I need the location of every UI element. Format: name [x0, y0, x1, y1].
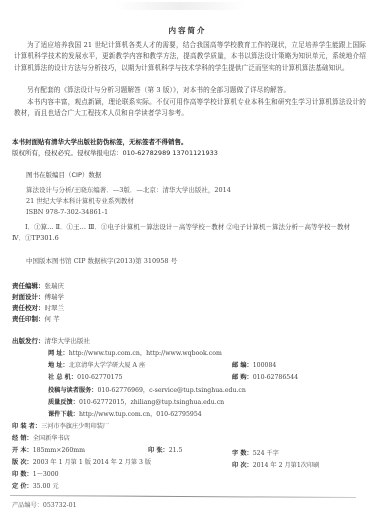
intro-paragraph-2: 另有配套的《算法设计与分析习题解答（第 3 版）》，对本书的全部习题做了详尽的解… [14, 85, 366, 96]
staff-cover-design: 封面设计：傅瑞学 [12, 292, 64, 301]
cip-heading: 图书在版编目（CIP）数据 [26, 170, 101, 181]
mail-order-value: 010-62786544 [253, 374, 298, 381]
staff-printing: 责任印制：何 芊 [12, 314, 60, 323]
faded-header-artifact [115, 2, 245, 10]
publisher-courseware: 课件下载：http://www.tup.com.cn，010-62795954 [48, 409, 202, 418]
cip-classification: Ⅰ．①算… Ⅱ．①王… Ⅲ．①电子计算机－算法设计－高等学校－教材 ②电子计算机… [12, 222, 364, 244]
words-value: 524 千字 [253, 450, 279, 457]
impression-label: 印 次： [232, 462, 253, 469]
publisher-reader-service: 投稿与读者服务：010-62776969，c-service@tup.tsing… [48, 385, 246, 394]
anti-counterfeit-notice: 本书封面贴有清华大学出版社防伪标签，无标签者不得销售。 [12, 137, 188, 146]
cip-isbn: ISBN 978-7-302-34861-1 [26, 207, 108, 218]
print-run-line: 印 数：1～3000 [12, 469, 59, 478]
sheets-label: 印 张： [148, 447, 169, 454]
copyright-line: 版权所有，侵权必究。侵权举报电话：010-62782989 1370112193… [12, 148, 218, 157]
publisher-switchboard: 社 总 机：010-62770175 [48, 372, 122, 381]
staff-value: 傅瑞学 [45, 293, 65, 301]
printer-line: 印 装 者：三河市李旗庄少明印装厂 [12, 421, 109, 430]
words-line: 字 数：524 千字 [232, 448, 279, 457]
edition-line: 版 次：2003 年 1 月第 1 版 2014 年 2 月第 3 版 [12, 457, 151, 466]
staff-value: 时翠兰 [45, 304, 65, 312]
staff-value: 张瑞庆 [45, 282, 65, 290]
staff-proofreader: 责任校对：时翠兰 [12, 303, 64, 312]
publisher-postcode: 邮 编：100084 [232, 360, 276, 369]
edition-label: 版 次： [12, 459, 33, 466]
sheets-value: 21.5 [169, 447, 183, 454]
words-label: 字 数： [232, 450, 253, 457]
switchboard-label: 社 总 机： [48, 374, 77, 381]
website-value: http://www.tup.com.cn，http://www.wqbook.… [69, 350, 222, 357]
price-value: 35.00 元 [33, 483, 59, 490]
impression-line: 印 次：2014 年 2 月第1次印刷 [232, 460, 319, 469]
format-value: 185mm×260mm [33, 447, 85, 454]
quality-value: 010-62772015，zhiliang@tup.tsinghua.edu.c… [79, 399, 224, 406]
distributor-line: 经 销：全国新华书店 [12, 433, 70, 442]
staff-label: 责任编辑： [12, 282, 45, 290]
publisher-quality: 质量反馈：010-62772015，zhiliang@tup.tsinghua.… [48, 397, 224, 406]
staff-editor: 责任编辑：张瑞庆 [12, 281, 64, 290]
staff-value: 何 芊 [45, 315, 60, 323]
switchboard-value: 010-62770175 [77, 374, 122, 381]
cip-number: 中国版本图书馆 CIP 数据核字(2013)第 310958 号 [26, 256, 177, 267]
publisher-website: 网 址：http://www.tup.com.cn，http://www.wqb… [48, 348, 222, 357]
publisher-name: 清华大学出版社 [45, 337, 91, 345]
price-label: 定 价： [12, 483, 33, 490]
printer-label: 印 装 者： [12, 423, 41, 430]
postcode-value: 100084 [253, 362, 277, 369]
format-line: 开 本：185mm×260mm [12, 445, 85, 454]
print-run-value: 1～3000 [33, 471, 59, 478]
format-label: 开 本： [12, 447, 33, 454]
page-title: 内容简介 [0, 25, 375, 36]
product-code: 产品编号：053732-01 [12, 500, 77, 509]
publisher-mail-order: 邮 购：010-62786544 [232, 372, 298, 381]
horizontal-rule [10, 495, 356, 498]
staff-label: 责任印制： [12, 315, 45, 323]
intro-paragraph-3: 本书内容丰富，观点新颖，理论联系实际。不仅可用作高等学校计算机专业本科生和研究生… [14, 97, 366, 120]
publisher-line: 出版发行：清华大学出版社 [12, 336, 90, 345]
address-value: 北京清华大学学研大厦 A 座 [69, 362, 145, 369]
cip-line-2: 21 世纪大学本科计算机专业系列教材 [26, 196, 134, 207]
cip-line-1: 算法设计与分析/王晓东编著．—3版．—北京：清华大学出版社，2014 [26, 185, 231, 196]
intro-paragraph-1: 为了适应培养我国 21 世纪计算机各类人才的需要，结合我国高等学校教育工作的现状… [14, 40, 366, 74]
sheets-line: 印 张：21.5 [148, 445, 183, 454]
printer-value: 三河市李旗庄少明印装厂 [41, 423, 109, 430]
price-line: 定 价：35.00 元 [12, 481, 59, 490]
address-label: 地 址： [48, 362, 69, 369]
publisher-address: 地 址：北京清华大学学研大厦 A 座 [48, 360, 145, 369]
distributor-value: 全国新华书店 [33, 435, 70, 442]
publisher-label: 出版发行： [12, 337, 45, 345]
distributor-label: 经 销： [12, 435, 33, 442]
impression-value: 2014 年 2 月第1次印刷 [253, 462, 320, 469]
postcode-label: 邮 编： [232, 362, 253, 369]
reader-service-label: 投稿与读者服务： [48, 387, 98, 394]
staff-label: 封面设计： [12, 293, 45, 301]
website-label: 网 址： [48, 350, 69, 357]
reader-service-value: 010-62776969，c-service@tup.tsinghua.edu.… [98, 387, 246, 394]
print-run-label: 印 数： [12, 471, 33, 478]
courseware-label: 课件下载： [48, 411, 79, 418]
mail-order-label: 邮 购： [232, 374, 253, 381]
quality-label: 质量反馈： [48, 399, 79, 406]
edition-value: 2003 年 1 月第 1 版 2014 年 2 月第 3 版 [33, 459, 151, 466]
courseware-value: http://www.tup.com.cn，010-62795954 [79, 411, 202, 418]
staff-label: 责任校对： [12, 304, 45, 312]
